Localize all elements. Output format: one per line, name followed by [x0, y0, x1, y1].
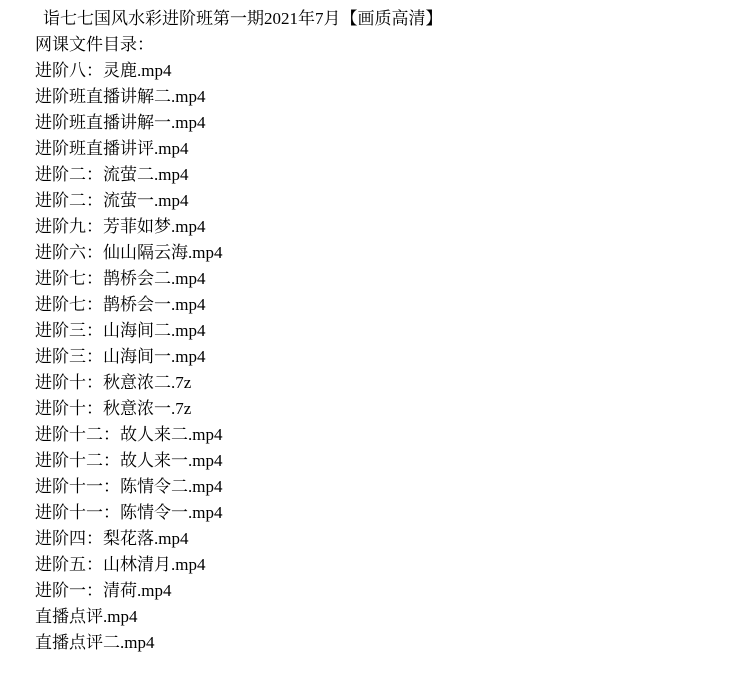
file-list-item: 进阶七：鹊桥会一.mp4 — [35, 292, 730, 318]
file-list-item: 进阶十一：陈情令二.mp4 — [35, 474, 730, 500]
file-list-item: 进阶十：秋意浓二.7z — [35, 370, 730, 396]
file-list-item: 进阶十二：故人来一.mp4 — [35, 448, 730, 474]
page-title: 诣七七国风水彩进阶班第一期2021年7月【画质高清】 — [35, 6, 730, 32]
file-list-item: 进阶班直播讲解二.mp4 — [35, 84, 730, 110]
file-list-item: 进阶班直播讲评.mp4 — [35, 136, 730, 162]
file-list-item: 进阶八：灵鹿.mp4 — [35, 58, 730, 84]
document-page: 诣七七国风水彩进阶班第一期2021年7月【画质高清】 网课文件目录： 进阶八：灵… — [0, 0, 750, 686]
directory-label: 网课文件目录： — [35, 32, 730, 58]
file-list-item: 进阶三：山海间二.mp4 — [35, 318, 730, 344]
file-list-item: 进阶二：流萤二.mp4 — [35, 162, 730, 188]
file-list-item: 进阶六：仙山隔云海.mp4 — [35, 240, 730, 266]
file-list-item: 进阶班直播讲解一.mp4 — [35, 110, 730, 136]
file-list-item: 进阶三：山海间一.mp4 — [35, 344, 730, 370]
file-list-item: 进阶九：芳菲如梦.mp4 — [35, 214, 730, 240]
file-list-item: 进阶七：鹊桥会二.mp4 — [35, 266, 730, 292]
file-list-item: 进阶十一：陈情令一.mp4 — [35, 500, 730, 526]
file-list-item: 进阶四：梨花落.mp4 — [35, 526, 730, 552]
file-list-item: 进阶一：清荷.mp4 — [35, 578, 730, 604]
course-file-directory: 诣七七国风水彩进阶班第一期2021年7月【画质高清】 网课文件目录： 进阶八：灵… — [0, 0, 750, 656]
file-list-item: 进阶二：流萤一.mp4 — [35, 188, 730, 214]
file-list: 进阶八：灵鹿.mp4进阶班直播讲解二.mp4进阶班直播讲解一.mp4进阶班直播讲… — [35, 58, 730, 656]
file-list-item: 直播点评.mp4 — [35, 604, 730, 630]
file-list-item: 进阶五：山林清月.mp4 — [35, 552, 730, 578]
file-list-item: 进阶十：秋意浓一.7z — [35, 396, 730, 422]
file-list-item: 进阶十二：故人来二.mp4 — [35, 422, 730, 448]
file-list-item: 直播点评二.mp4 — [35, 630, 730, 656]
